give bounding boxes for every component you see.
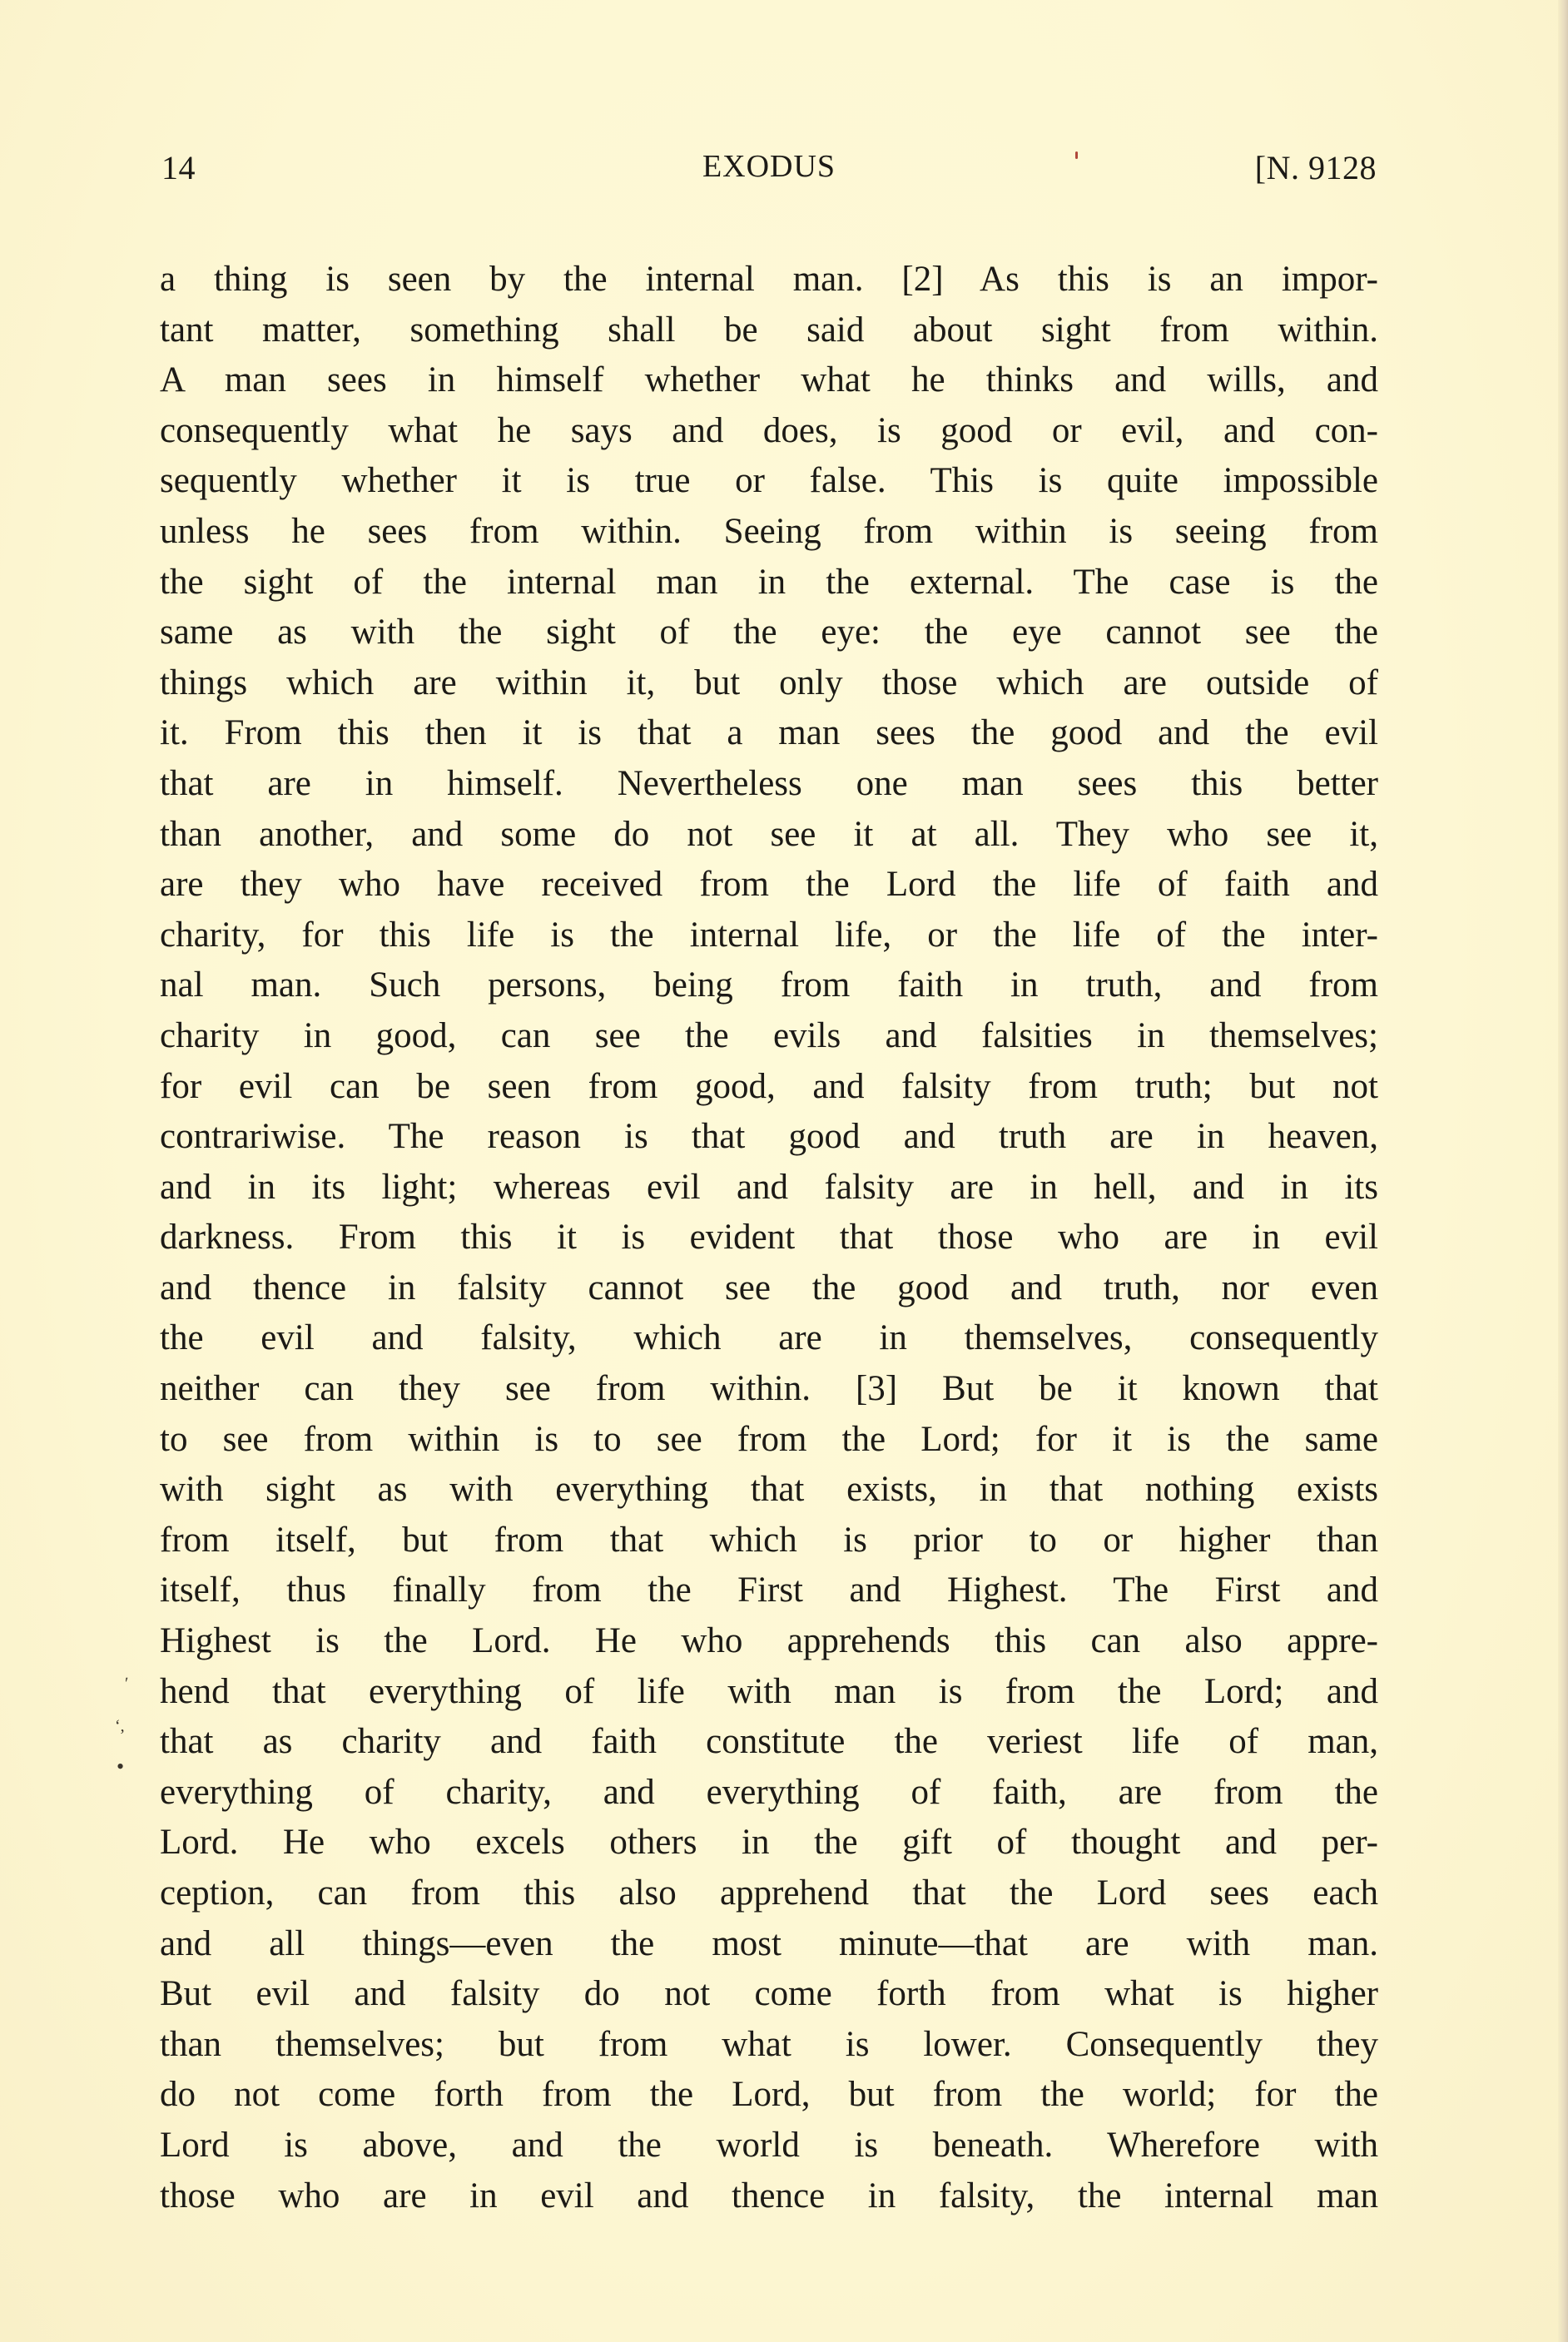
text-line: charity, for this life is the internal l… bbox=[160, 911, 1378, 961]
page-edge-shadow bbox=[1558, 0, 1568, 2342]
text-line: Lord. He who excels others in the gift o… bbox=[160, 1818, 1378, 1868]
text-line: itself, thus finally from the First and … bbox=[160, 1565, 1378, 1616]
text-line: neither can they see from within. [3] Bu… bbox=[160, 1364, 1378, 1415]
scanned-book-page: 14 EXODUS [N. 9128 ʹ ʻ, • a thing is see… bbox=[0, 0, 1568, 2342]
text-line: tant matter, something shall be said abo… bbox=[160, 305, 1378, 356]
margin-mark: ʻ, bbox=[115, 1717, 125, 1736]
text-line: it. From this then it is that a man sees… bbox=[160, 708, 1378, 759]
section-reference: [N. 9128 bbox=[1255, 148, 1377, 187]
text-line: from itself, but from that which is prio… bbox=[160, 1516, 1378, 1566]
text-line: for evil can be seen from good, and fals… bbox=[160, 1062, 1378, 1113]
text-line: contrariwise. The reason is that good an… bbox=[160, 1112, 1378, 1163]
text-line: hend that everything of life with man is… bbox=[160, 1667, 1378, 1718]
text-line: that as charity and faith constitute the… bbox=[160, 1717, 1378, 1768]
text-line: to see from within is to see from the Lo… bbox=[160, 1415, 1378, 1466]
book-title: EXODUS bbox=[161, 148, 1377, 185]
text-line: But evil and falsity do not come forth f… bbox=[160, 1969, 1378, 2020]
text-line: everything of charity, and everything of… bbox=[160, 1768, 1378, 1819]
text-line: A man sees in himself whether what he th… bbox=[160, 355, 1378, 406]
text-line: than another, and some do not see it at … bbox=[160, 810, 1378, 861]
margin-mark: • bbox=[117, 1754, 124, 1779]
body-text: a thing is seen by the internal man. [2]… bbox=[160, 255, 1378, 2221]
margin-mark: ʹ bbox=[125, 1675, 128, 1694]
text-line: and in its light; whereas evil and falsi… bbox=[160, 1163, 1378, 1213]
text-line: Highest is the Lord. He who apprehends t… bbox=[160, 1616, 1378, 1667]
text-line: same as with the sight of the eye: the e… bbox=[160, 608, 1378, 658]
text-line: and all things—even the most minute—that… bbox=[160, 1919, 1378, 1970]
text-line: darkness. From this it is evident that t… bbox=[160, 1213, 1378, 1263]
text-line: with sight as with everything that exist… bbox=[160, 1465, 1378, 1516]
text-line: nal man. Such persons, being from faith … bbox=[160, 960, 1378, 1011]
text-line: ception, can from this also apprehend th… bbox=[160, 1868, 1378, 1919]
text-line: unless he sees from within. Seeing from … bbox=[160, 507, 1378, 558]
text-line: things which are within it, but only tho… bbox=[160, 658, 1378, 709]
text-line: the evil and falsity, which are in thems… bbox=[160, 1313, 1378, 1364]
text-line: a thing is seen by the internal man. [2]… bbox=[160, 255, 1378, 305]
text-line: consequently what he says and does, is g… bbox=[160, 406, 1378, 457]
text-line: that are in himself. Nevertheless one ma… bbox=[160, 759, 1378, 810]
text-line: and thence in falsity cannot see the goo… bbox=[160, 1263, 1378, 1314]
text-line: than themselves; but from what is lower.… bbox=[160, 2020, 1378, 2071]
text-line: those who are in evil and thence in fals… bbox=[160, 2171, 1378, 2222]
text-line: sequently whether it is true or false. T… bbox=[160, 456, 1378, 507]
running-head: 14 EXODUS [N. 9128 bbox=[161, 148, 1377, 190]
text-line: the sight of the internal man in the ext… bbox=[160, 558, 1378, 608]
text-line: are they who have received from the Lord… bbox=[160, 860, 1378, 911]
text-line: charity in good, can see the evils and f… bbox=[160, 1011, 1378, 1062]
text-line: Lord is above, and the world is beneath.… bbox=[160, 2121, 1378, 2171]
text-line: do not come forth from the Lord, but fro… bbox=[160, 2070, 1378, 2121]
